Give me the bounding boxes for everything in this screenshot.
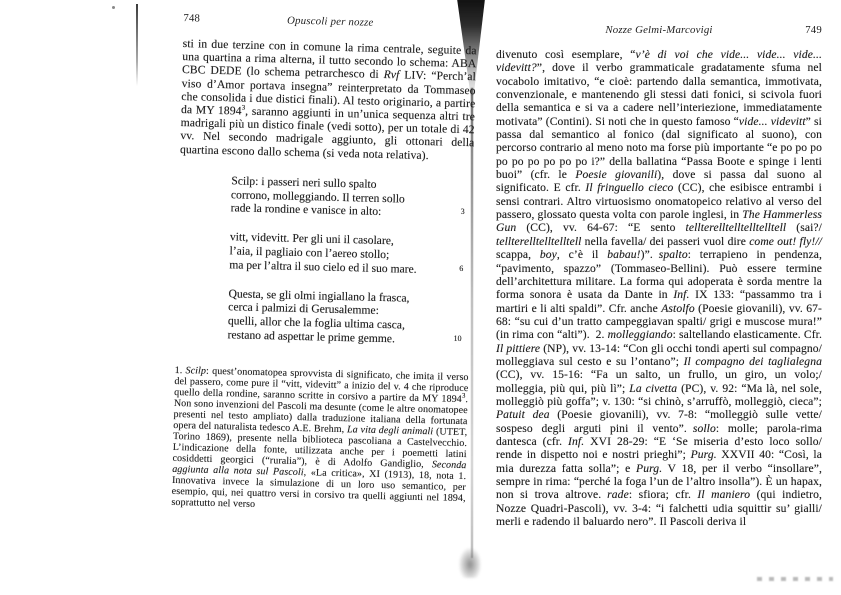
poem-stanza-2: vitt, videvitt. Per gli uni il casolare,… [177,229,472,278]
bottom-right-smudge [757,577,833,581]
left-page-number: 748 [183,12,227,25]
left-footnote: 1. Scilp: quest’onomatopea sprovvista di… [171,365,468,515]
poem-block: Scilp: i passeri neri sullo spalto corro… [175,173,473,348]
right-page-number: 749 [778,24,822,36]
left-running-title: Opuscoli per nozze [227,13,433,30]
right-page-header: Nozze Gelmi-Marcovigi 749 [496,24,822,36]
left-page-header: 748 Opuscoli per nozze [183,12,477,31]
right-body-paragraph: divenuto così esemplare, “v’è di voi che… [496,48,822,528]
right-page: Nozze Gelmi-Marcovigi 749 divenuto così … [496,24,822,528]
right-running-title: Nozze Gelmi-Marcovigi [540,24,778,36]
poem-line-number: 6 [459,262,463,276]
poem-line-number: 3 [460,205,464,219]
left-body-paragraph: sti in due terzine con in comune la rima… [180,37,477,163]
left-edge-artifact [136,4,138,86]
left-header-spacer [433,27,477,28]
poem-line-number: 10 [453,332,461,346]
spine-bottom-smudge [459,548,481,578]
poem-stanza-3: Questa, se gli olmi ingiallano la frasca… [175,286,470,348]
poem-stanza-1: Scilp: i passeri neri sullo spalto corro… [179,173,474,222]
book-scan: 748 Opuscoli per nozze sti in due terzin… [0,0,841,595]
left-page: 748 Opuscoli per nozze sti in due terzin… [171,12,477,515]
left-edge-speck [112,6,115,9]
